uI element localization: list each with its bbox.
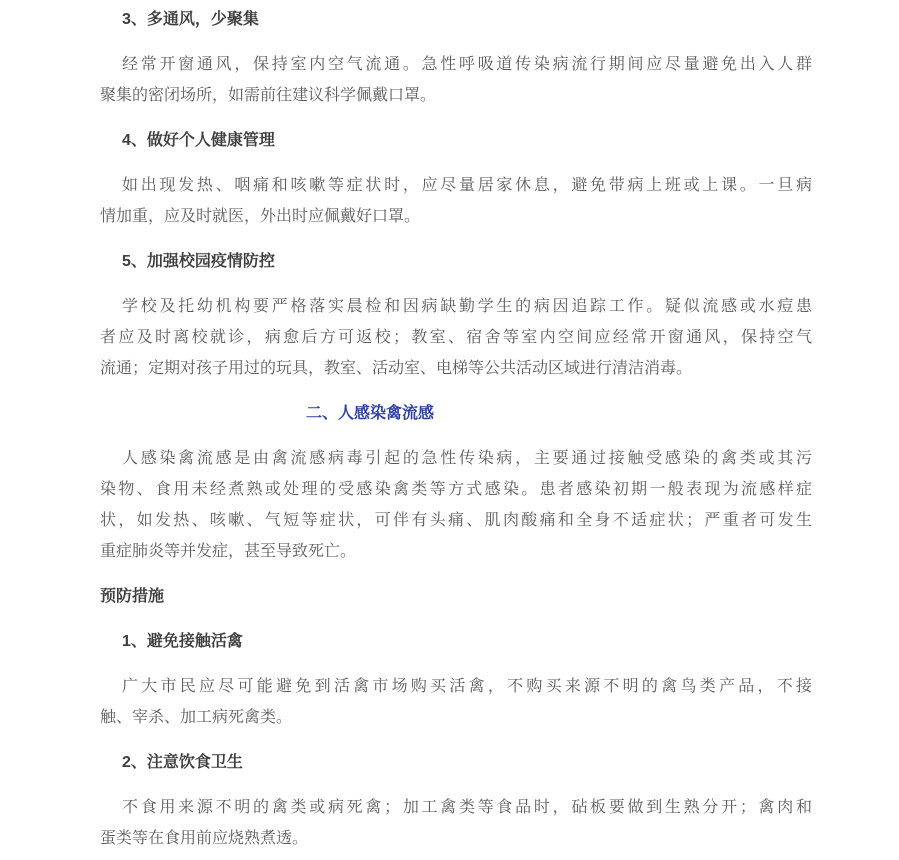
body-paragraph: 广大市民应尽可能避免到活禽市场购买活禽，不购买来源不明的禽鸟类产品，不接触、宰杀… <box>100 671 812 733</box>
numbered-subheading: 1、避免接触活禽 <box>100 626 812 657</box>
body-paragraph: 学校及托幼机构要严格落实晨检和因病缺勤学生的病因追踪工作。疑似流感或水痘患者应及… <box>100 291 812 384</box>
paragraph-line: 经常开窗通风，保持室内空气流通。急性呼吸道传染病流行期间应尽量避免出入人群 <box>100 49 812 80</box>
paragraph-line: 人感染禽流感是由禽流感病毒引起的急性传染病，主要通过接触受感染的禽类或其污 <box>100 443 812 474</box>
paragraph-line: 状，如发热、咳嗽、气短等症状，可伴有头痛、肌肉酸痛和全身不适症状；严重者可发生 <box>100 505 812 536</box>
paragraph-line: 触、宰杀、加工病死禽类。 <box>100 702 812 733</box>
paragraph-line: 如出现发热、咽痛和咳嗽等症状时，应尽量居家休息，避免带病上班或上课。一旦病 <box>100 170 812 201</box>
document-body: 3、多通风，少聚集经常开窗通风，保持室内空气流通。急性呼吸道传染病流行期间应尽量… <box>0 0 899 854</box>
body-paragraph: 不食用来源不明的禽类或病死禽；加工禽类等食品时，砧板要做到生熟分开；禽肉和蛋类等… <box>100 792 812 854</box>
paragraph-line: 重症肺炎等并发症，甚至导致死亡。 <box>100 536 812 567</box>
paragraph-line: 聚集的密闭场所，如需前往建议科学佩戴口罩。 <box>100 80 812 111</box>
body-paragraph: 如出现发热、咽痛和咳嗽等症状时，应尽量居家休息，避免带病上班或上课。一旦病情加重… <box>100 170 812 232</box>
paragraph-line: 学校及托幼机构要严格落实晨检和因病缺勤学生的病因追踪工作。疑似流感或水痘患 <box>100 291 812 322</box>
paragraph-line: 情加重，应及时就医，外出时应佩戴好口罩。 <box>100 201 812 232</box>
numbered-subheading: 2、注意饮食卫生 <box>100 747 812 778</box>
paragraph-line: 者应及时离校就诊，病愈后方可返校；教室、宿舍等室内空间应经常开窗通风，保持空气 <box>100 322 812 353</box>
paragraph-line: 蛋类等在食用前应烧熟煮透。 <box>100 823 812 854</box>
numbered-subheading: 3、多通风，少聚集 <box>100 4 812 35</box>
subsection-label: 预防措施 <box>100 581 812 612</box>
body-paragraph: 人感染禽流感是由禽流感病毒引起的急性传染病，主要通过接触受感染的禽类或其污染物、… <box>100 443 812 567</box>
body-paragraph: 经常开窗通风，保持室内空气流通。急性呼吸道传染病流行期间应尽量避免出入人群聚集的… <box>100 49 812 111</box>
paragraph-line: 不食用来源不明的禽类或病死禽；加工禽类等食品时，砧板要做到生熟分开；禽肉和 <box>100 792 812 823</box>
section-title: 二、人感染禽流感 <box>100 398 640 429</box>
paragraph-line: 广大市民应尽可能避免到活禽市场购买活禽，不购买来源不明的禽鸟类产品，不接 <box>100 671 812 702</box>
numbered-subheading: 4、做好个人健康管理 <box>100 125 812 156</box>
numbered-subheading: 5、加强校园疫情防控 <box>100 246 812 277</box>
paragraph-line: 染物、食用未经煮熟或处理的受感染禽类等方式感染。患者感染初期一般表现为流感样症 <box>100 474 812 505</box>
paragraph-line: 流通；定期对孩子用过的玩具，教室、活动室、电梯等公共活动区域进行清洁消毒。 <box>100 353 812 384</box>
